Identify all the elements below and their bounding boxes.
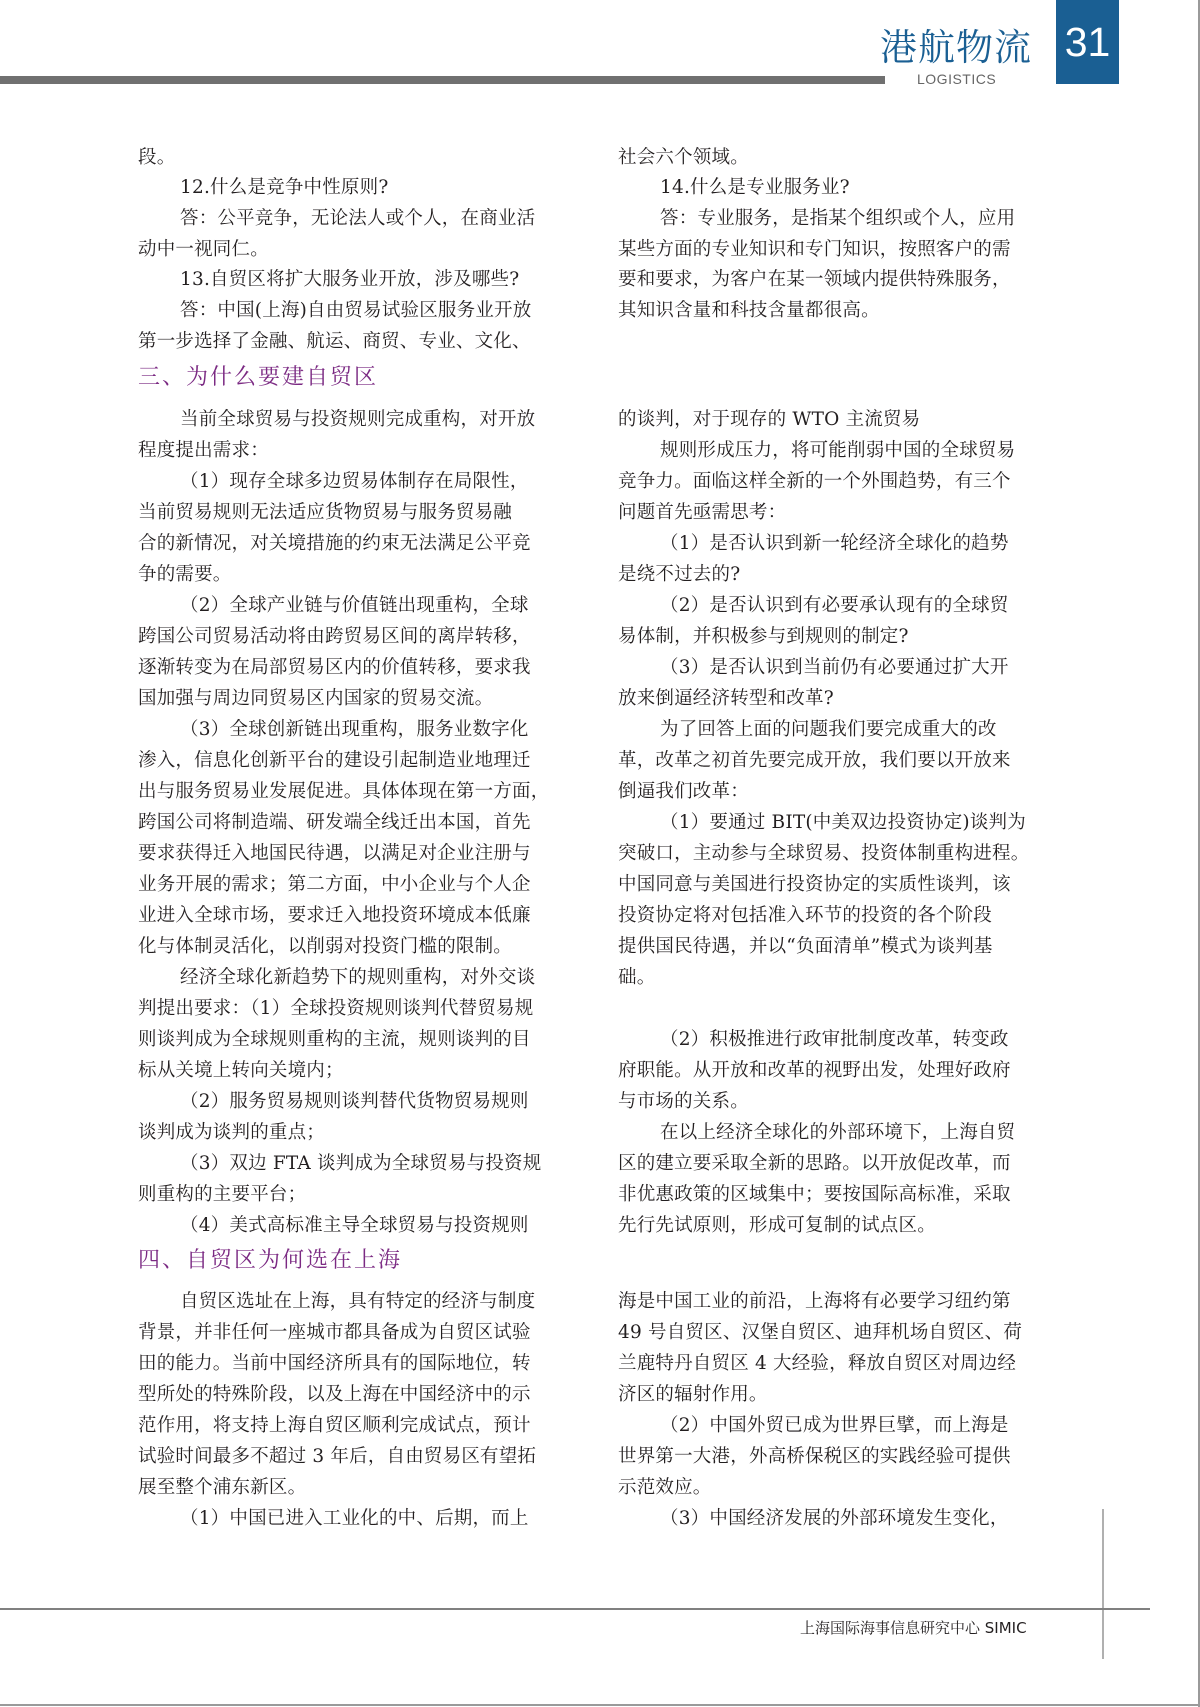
text-line: （1）中国已进入工业化的中、后期，而上 bbox=[138, 1503, 622, 1534]
text-line: 要求获得迁入地国民待遇，以满足对企业注册与 bbox=[138, 838, 580, 869]
text-line: 逐渐转变为在局部贸易区内的价值转移，要求我 bbox=[138, 652, 580, 683]
text-line: （3）全球创新链出现重构，服务业数字化 bbox=[138, 714, 622, 745]
text-line: 非优惠政策的区域集中；要按国际高标准，采取 bbox=[618, 1179, 1060, 1210]
text-line: 田的能力。当前中国经济所具有的国际地位，转 bbox=[138, 1348, 580, 1379]
text-line: 海是中国工业的前沿，上海将有必要学习纽约第 bbox=[618, 1286, 1060, 1317]
text-line: （1）要通过 BIT(中美双边投资协定)谈判为 bbox=[618, 807, 1102, 838]
text-line: 倒逼我们改革： bbox=[618, 776, 1060, 807]
text-line: 础。 bbox=[618, 962, 1060, 993]
text-line: 济区的辐射作用。 bbox=[618, 1379, 1060, 1410]
page-number: 31 bbox=[1056, 0, 1119, 84]
text-line: （2）服务贸易规则谈判替代货物贸易规则 bbox=[138, 1086, 622, 1117]
text-line: 示范效应。 bbox=[618, 1472, 1060, 1503]
text-line: 在以上经济全球化的外部环境下，上海自贸 bbox=[618, 1117, 1102, 1148]
text-line: 标从关境上转向关境内； bbox=[138, 1055, 580, 1086]
text-line: 放来倒逼经济转型和改革? bbox=[618, 683, 1060, 714]
text-line: 经济全球化新趋势下的规则重构，对外交谈 bbox=[138, 962, 622, 993]
text-line: 社会六个领域。 bbox=[618, 142, 1060, 173]
text-line: 业进入全球市场，要求迁入地投资环境成本低廉 bbox=[138, 900, 580, 931]
text-line: 问题首先亟需思考： bbox=[618, 497, 1060, 528]
text-line: （2）全球产业链与价值链出现重构，全球 bbox=[138, 590, 622, 621]
text-line: （2）是否认识到有必要承认现有的全球贸 bbox=[618, 590, 1102, 621]
text-line: 跨国公司将制造端、研发端全线迁出本国，首先 bbox=[138, 807, 580, 838]
text-line: 第一步选择了金融、航运、商贸、专业、文化、 bbox=[138, 326, 580, 357]
text-line: 区的建立要采取全新的思路。以开放促改革，而 bbox=[618, 1148, 1060, 1179]
section-heading-3: 三、为什么要建自贸区 bbox=[138, 361, 378, 395]
text-line: 谈判成为谈判的重点； bbox=[138, 1117, 580, 1148]
text-line: 先行先试原则，形成可复制的试点区。 bbox=[618, 1210, 1060, 1241]
text-line: 与市场的关系。 bbox=[618, 1086, 1060, 1117]
question-12: 12.什么是竞争中性原则? bbox=[138, 172, 622, 203]
text-line: （3）是否认识到当前仍有必要通过扩大开 bbox=[618, 652, 1102, 683]
text-line: 兰鹿特丹自贸区 4 大经验，释放自贸区对周边经 bbox=[618, 1348, 1060, 1379]
text-line: 判提出要求：（1）全球投资规则谈判代替贸易规 bbox=[138, 993, 580, 1024]
text-line: 国加强与周边同贸易区内国家的贸易交流。 bbox=[138, 683, 580, 714]
text-line: 跨国公司贸易活动将由跨贸易区间的离岸转移， bbox=[138, 621, 580, 652]
text-line: 要和要求，为客户在某一领域内提供特殊服务， bbox=[618, 264, 1060, 295]
text-line: 答：专业服务，是指某个组织或个人，应用 bbox=[618, 203, 1102, 234]
text-line: 展至整个浦东新区。 bbox=[138, 1472, 580, 1503]
text-line: （4）美式高标准主导全球贸易与投资规则 bbox=[138, 1210, 622, 1241]
text-line: 49 号自贸区、汉堡自贸区、迪拜机场自贸区、荷 bbox=[618, 1317, 1060, 1348]
text-line: 争的需要。 bbox=[138, 559, 580, 590]
text-line: 世界第一大港，外高桥保税区的实践经验可提供 bbox=[618, 1441, 1060, 1472]
text-line: 其知识含量和科技含量都很高。 bbox=[618, 295, 1060, 326]
text-line: 的谈判，对于现存的 WTO 主流贸易 bbox=[618, 404, 1060, 435]
text-line: （3）双边 FTA 谈判成为全球贸易与投资规 bbox=[138, 1148, 622, 1179]
question-14: 14.什么是专业服务业? bbox=[618, 172, 1102, 203]
text-line: 试验时间最多不超过 3 年后，自由贸易区有望拓 bbox=[138, 1441, 580, 1472]
text-line: 府职能。从开放和改革的视野出发，处理好政府 bbox=[618, 1055, 1060, 1086]
text-line: 为了回答上面的问题我们要完成重大的改 bbox=[618, 714, 1102, 745]
text-line: 竞争力。面临这样全新的一个外围趋势，有三个 bbox=[618, 466, 1060, 497]
text-line: （1）是否认识到新一轮经济全球化的趋势 bbox=[618, 528, 1102, 559]
left-column: 段。 12.什么是竞争中性原则? 答：公平竞争，无论法人或个人，在商业活 动中一… bbox=[138, 0, 580, 1600]
footer-vertical-rule bbox=[1102, 1509, 1104, 1659]
text-line: 革，改革之初首先要完成开放，我们要以开放来 bbox=[618, 745, 1060, 776]
text-line: 规则形成压力，将可能削弱中国的全球贸易 bbox=[618, 435, 1102, 466]
text-line: 段。 bbox=[138, 142, 580, 173]
footer-publisher: 上海国际海事信息研究中心 SIMIC bbox=[800, 1617, 1027, 1639]
text-line: 出与服务贸易业发展促进。具体体现在第一方面， bbox=[138, 776, 580, 807]
text-line: （2）积极推进行政审批制度改革，转变政 bbox=[618, 1024, 1102, 1055]
question-13: 13.自贸区将扩大服务业开放，涉及哪些? bbox=[138, 264, 622, 295]
text-line: （1）现存全球多边贸易体制存在局限性， bbox=[138, 466, 622, 497]
text-line: 答：中国(上海)自由贸易试验区服务业开放 bbox=[138, 295, 622, 326]
text-line: 当前全球贸易与投资规则完成重构，对开放 bbox=[138, 404, 622, 435]
text-line: 自贸区选址在上海，具有特定的经济与制度 bbox=[138, 1286, 622, 1317]
text-line: 答：公平竞争，无论法人或个人，在商业活 bbox=[138, 203, 622, 234]
text-line: 当前贸易规则无法适应货物贸易与服务贸易融 bbox=[138, 497, 580, 528]
text-line: 某些方面的专业知识和专门知识，按照客户的需 bbox=[618, 234, 1060, 265]
text-line: 则谈判成为全球规则重构的主流，规则谈判的目 bbox=[138, 1024, 580, 1055]
text-line: 范作用，将支持上海自贸区顺利完成试点，预计 bbox=[138, 1410, 580, 1441]
text-line: 突破口，主动参与全球贸易、投资体制重构进程。 bbox=[618, 838, 1060, 869]
text-line: 化与体制灵活化，以削弱对投资门槛的限制。 bbox=[138, 931, 580, 962]
text-line: 则重构的主要平台； bbox=[138, 1179, 580, 1210]
section-heading-4: 四、自贸区为何选在上海 bbox=[138, 1244, 402, 1278]
right-column: 社会六个领域。 14.什么是专业服务业? 答：专业服务，是指某个组织或个人，应用… bbox=[618, 0, 1060, 1600]
text-line: 型所处的特殊阶段，以及上海在中国经济中的示 bbox=[138, 1379, 580, 1410]
text-line: 程度提出需求： bbox=[138, 435, 580, 466]
text-line: 提供国民待遇，并以“负面清单”模式为谈判基 bbox=[618, 931, 1060, 962]
text-line: 背景，并非任何一座城市都具备成为自贸区试验 bbox=[138, 1317, 580, 1348]
text-line: 动中一视同仁。 bbox=[138, 234, 580, 265]
text-line: （2）中国外贸已成为世界巨擘，而上海是 bbox=[618, 1410, 1102, 1441]
text-line: 是绕不过去的? bbox=[618, 559, 1060, 590]
text-line: 合的新情况，对关境措施的约束无法满足公平竞 bbox=[138, 528, 580, 559]
text-line: 易体制，并积极参与到规则的制定? bbox=[618, 621, 1060, 652]
footer-rule bbox=[0, 1608, 1150, 1610]
text-line: 业务开展的需求；第二方面，中小企业与个人企 bbox=[138, 869, 580, 900]
text-line: 渗入，信息化创新平台的建设引起制造业地理迁 bbox=[138, 745, 580, 776]
text-line: 投资协定将对包括准入环节的投资的各个阶段 bbox=[618, 900, 1060, 931]
text-line: （3）中国经济发展的外部环境发生变化， bbox=[618, 1503, 1102, 1534]
text-line: 中国同意与美国进行投资协定的实质性谈判，该 bbox=[618, 869, 1060, 900]
page-border-bottom bbox=[0, 1704, 1200, 1706]
